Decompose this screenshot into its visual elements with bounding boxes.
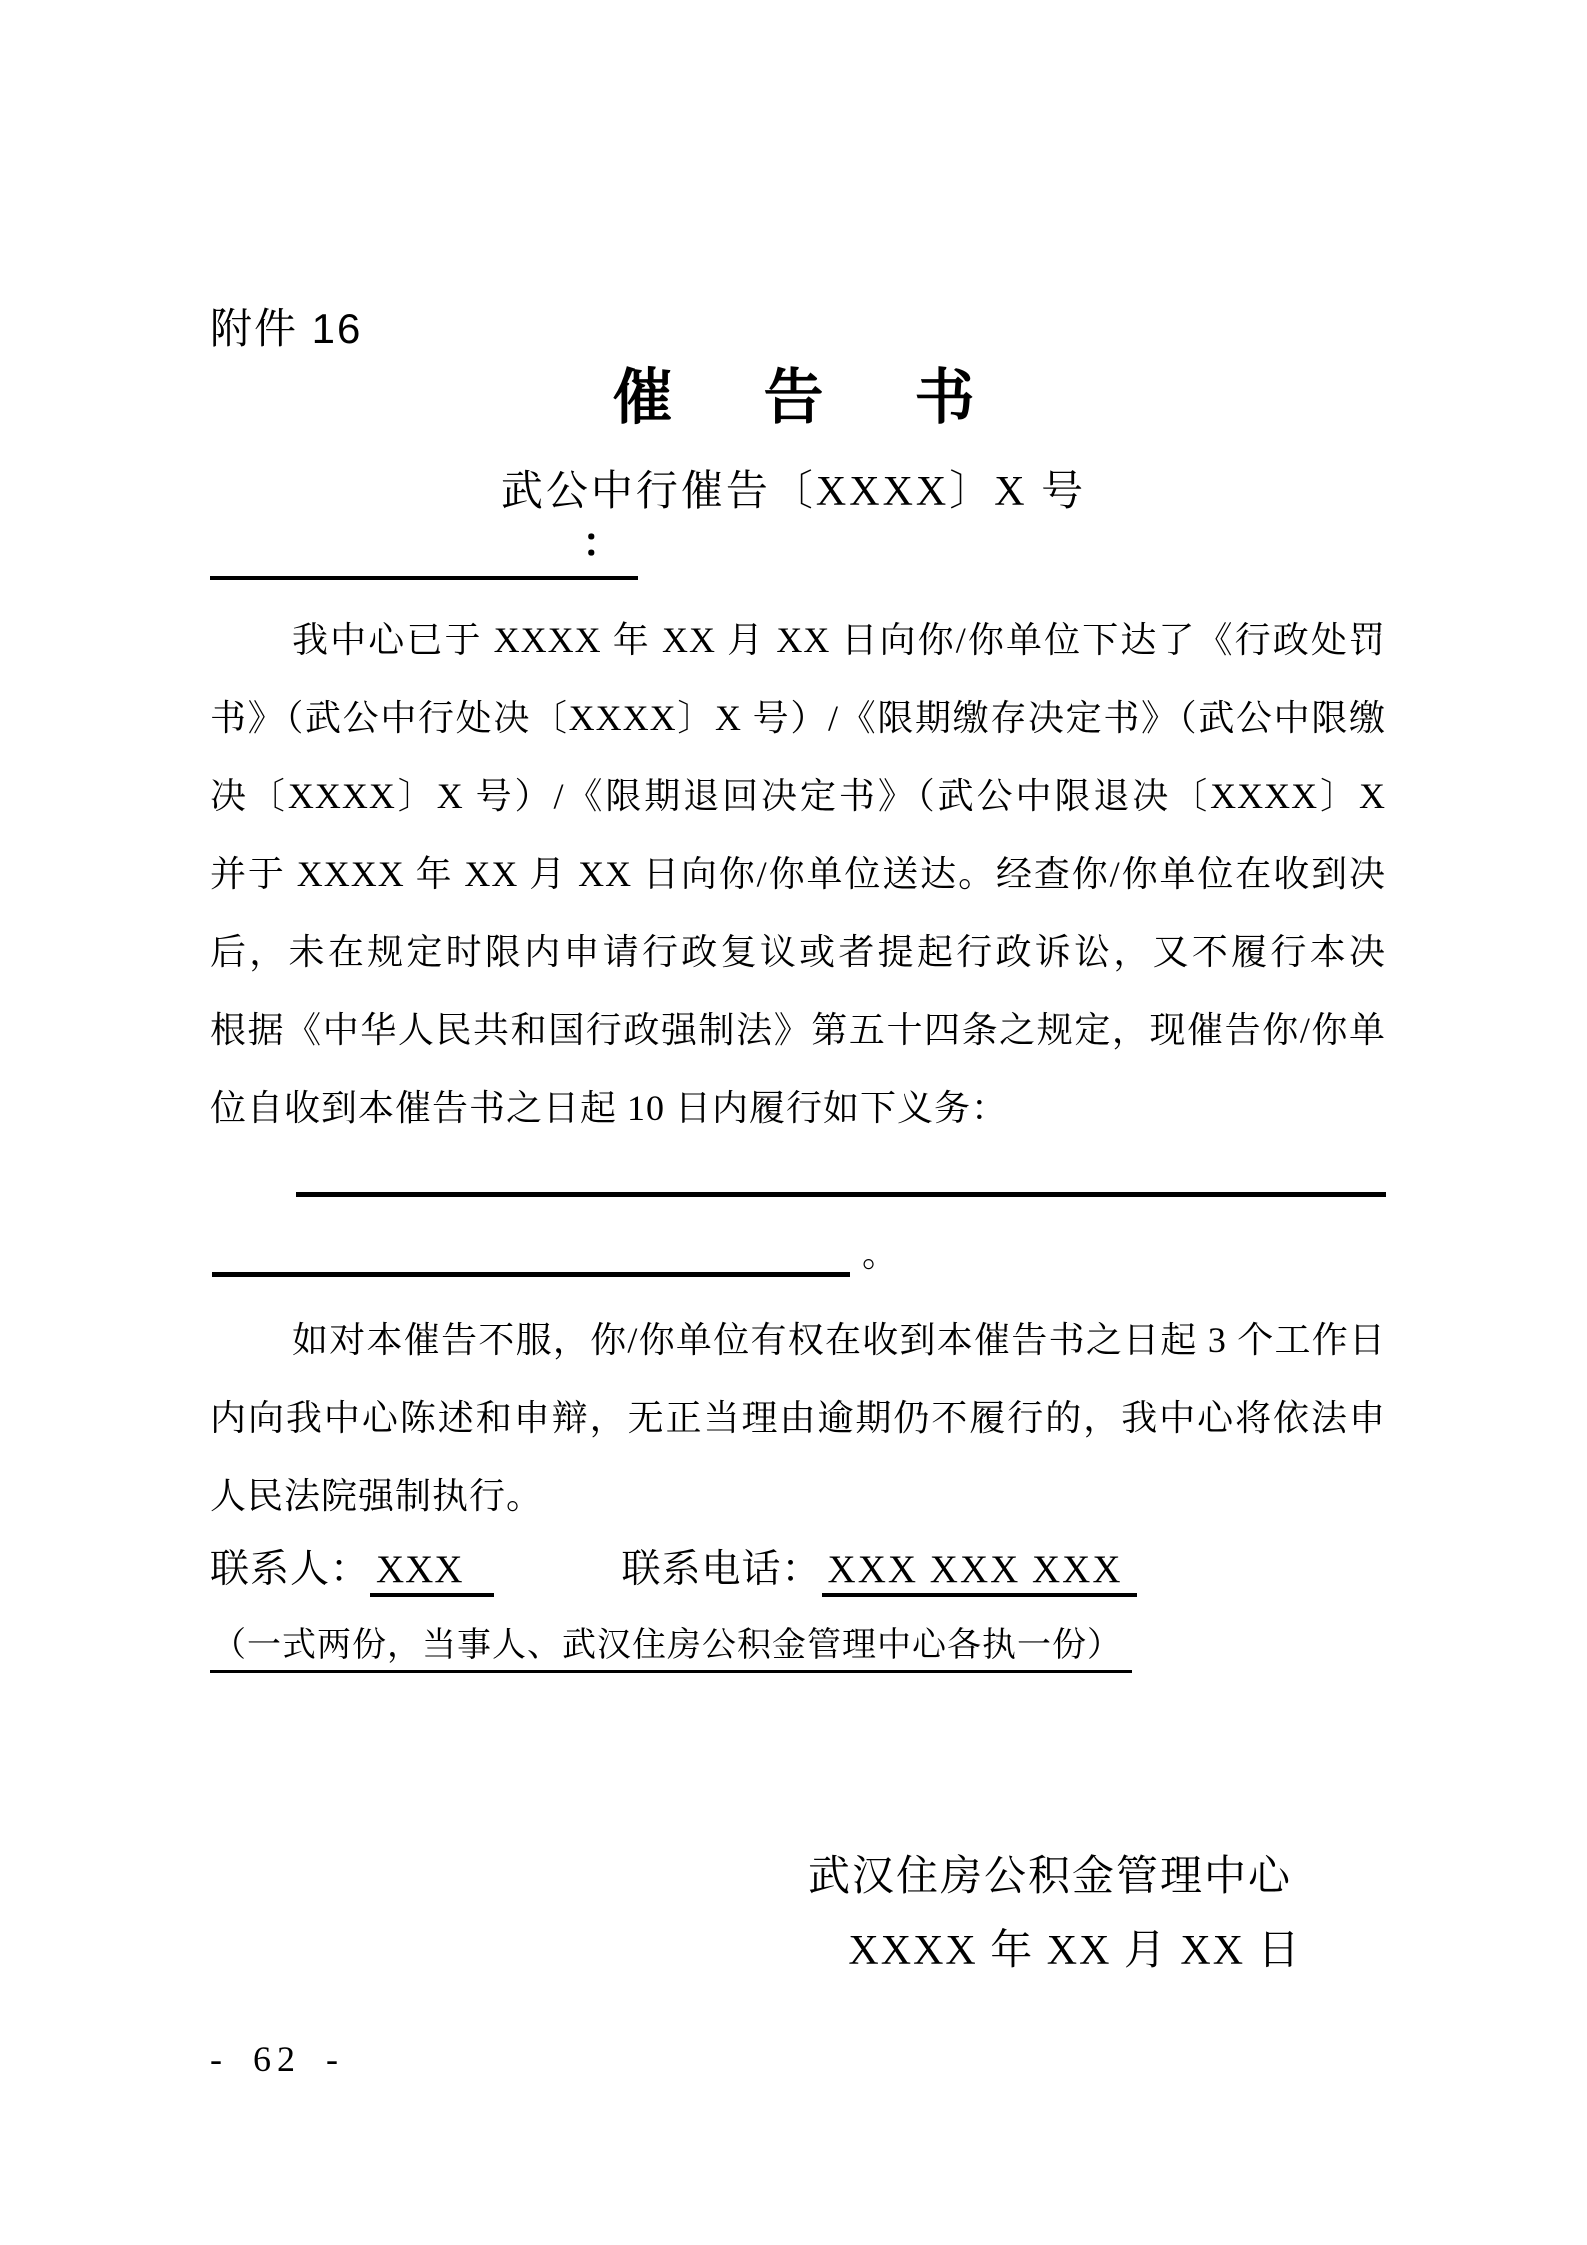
paragraph-2-line: 如对本催告不服，你/你单位有权在收到本催告书之日起 3 个工作日 — [210, 1301, 1386, 1379]
attachment-label: 附件 16 — [210, 296, 362, 356]
addressee-colon: ： — [582, 520, 622, 565]
contact-row: 联系人：XXX联系电话：XXX XXX XXX — [210, 1532, 1510, 1608]
paragraph-2-line: 人民法院强制执行。 — [210, 1457, 1386, 1535]
blank-line-period: 。 — [862, 1226, 898, 1277]
signature-organization: 武汉住房公积金管理中心 — [730, 1840, 1370, 1914]
contact-phone-label: 联系电话： — [622, 1548, 822, 1591]
paragraph-1-line: 后，未在规定时限内申请行政复议或者提起行政诉讼，又不履行本决定。 — [210, 913, 1386, 991]
paragraph-1-line: 根据《中华人民共和国行政强制法》第五十四条之规定，现催告你/你单 — [210, 991, 1386, 1069]
paragraph-1-line: 书》（武公中行处决〔XXXX〕X 号）/《限期缴存决定书》（武公中限缴 — [210, 679, 1386, 757]
contact-phone-value: XXX XXX XXX — [822, 1548, 1137, 1597]
copies-note: （一式两份，当事人、武汉住房公积金管理中心各执一份） — [210, 1610, 1132, 1682]
paragraph-1: 我中心已于 XXXX 年 XX 月 XX 日向你/你单位下达了《行政处罚决定 书… — [210, 601, 1386, 1147]
document-number: 武公中行催告〔XXXX〕X 号 — [0, 458, 1587, 518]
page-number: - 62 - — [210, 2038, 344, 2080]
contact-person-label: 联系人： — [210, 1548, 370, 1591]
addressee-blank-line: ： — [210, 512, 638, 580]
document-page: { "colors": { "text": "#000000", "backgr… — [0, 0, 1587, 2245]
signature-block: 武汉住房公积金管理中心 XXXX 年 XX 月 XX 日 — [730, 1840, 1370, 1988]
paragraph-2: 如对本催告不服，你/你单位有权在收到本催告书之日起 3 个工作日 内向我中心陈述… — [210, 1301, 1386, 1535]
document-title: 催 告 书 — [0, 350, 1587, 436]
signature-date: XXXX 年 XX 月 XX 日 — [730, 1914, 1370, 1988]
paragraph-2-line: 内向我中心陈述和申辩，无正当理由逾期仍不履行的，我中心将依法申请 — [210, 1379, 1386, 1457]
copies-note-text: （一式两份，当事人、武汉住房公积金管理中心各执一份） — [210, 1627, 1132, 1673]
contact-person-value: XXX — [370, 1548, 494, 1597]
obligation-blank-line-2 — [212, 1200, 850, 1277]
paragraph-1-line: 我中心已于 XXXX 年 XX 月 XX 日向你/你单位下达了《行政处罚决定 — [210, 601, 1386, 679]
paragraph-1-line: 决〔XXXX〕X 号）/《限期退回决定书》（武公中限退决〔XXXX〕X 号）， — [210, 757, 1386, 835]
paragraph-1-line: 并于 XXXX 年 XX 月 XX 日向你/你单位送达。经查你/你单位在收到决定… — [210, 835, 1386, 913]
obligation-blank-line-1 — [296, 1120, 1386, 1197]
